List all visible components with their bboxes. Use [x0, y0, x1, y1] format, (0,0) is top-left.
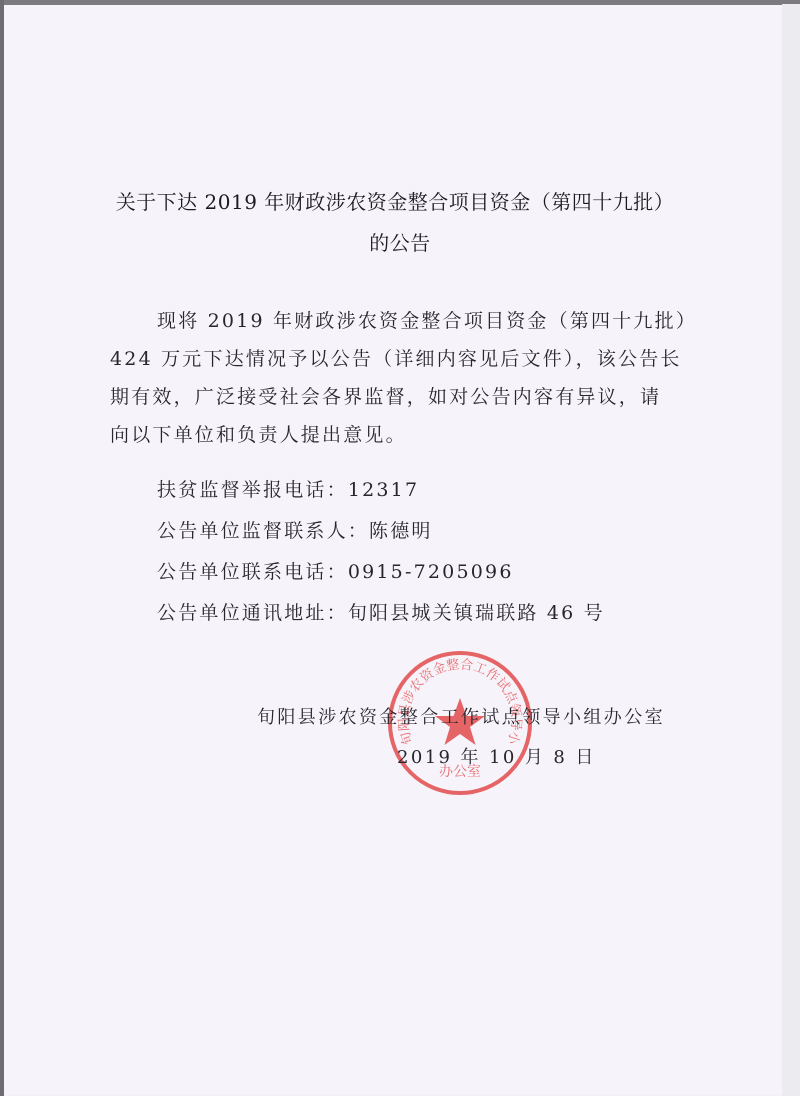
document-title-line-1: 关于下达 2019 年财政涉农资金整合项目资金（第四十九批） [0, 186, 795, 215]
contact-hotline: 扶贫监督举报电话：12317 [157, 475, 419, 502]
body-line-3: 期有效，广泛接受社会各界监督，如对公告内容有异议，请 [110, 378, 690, 416]
paper-sheet [4, 5, 782, 1095]
contact-address: 公告单位通讯地址：旬阳县城关镇瑞联路 46 号 [157, 598, 605, 625]
contact-hotline-label: 扶贫监督举报电话： [157, 479, 348, 501]
contact-phone: 公告单位联系电话：0915-7205096 [157, 557, 514, 584]
scan-left-edge [0, 0, 4, 1096]
contact-hotline-value: 12317 [348, 479, 419, 501]
contact-person: 公告单位监督联系人：陈德明 [157, 516, 433, 543]
contact-person-label: 公告单位监督联系人： [157, 520, 369, 542]
contact-phone-label: 公告单位联系电话： [157, 561, 348, 583]
contact-phone-value: 0915-7205096 [348, 561, 514, 583]
document-title-line-2: 的公告 [0, 227, 800, 256]
scan-top-edge [0, 0, 800, 5]
body-line-4: 向以下单位和负责人提出意见。 [110, 416, 690, 454]
signature-organization: 旬阳县涉农资金整合工作试点领导小组办公室 [257, 703, 665, 729]
scan-right-margin [782, 4, 800, 1096]
contact-address-value: 旬阳县城关镇瑞联路 46 号 [348, 602, 605, 624]
contact-address-label: 公告单位通讯地址： [157, 602, 348, 624]
contact-person-value: 陈德明 [369, 520, 433, 542]
body-line-1: 现将 2019 年财政涉农资金整合项目资金（第四十九批） [110, 302, 690, 340]
signature-date: 2019 年 10 月 8 日 [397, 743, 596, 769]
body-line-2: 424 万元下达情况予以公告（详细内容见后文件），该公告长 [110, 340, 690, 378]
body-paragraph: 现将 2019 年财政涉农资金整合项目资金（第四十九批） 424 万元下达情况予… [110, 302, 690, 454]
scan-bottom-margin [0, 1096, 800, 1110]
